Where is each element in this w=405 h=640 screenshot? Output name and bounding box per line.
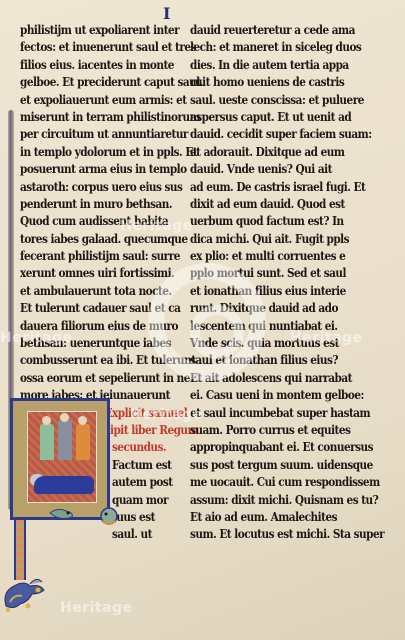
head-icon xyxy=(42,416,51,425)
head-icon xyxy=(78,416,87,425)
text-line: dauid reuerteretur a cede ama xyxy=(190,22,319,39)
text-line: philistijm ut expoliarent inter xyxy=(20,22,145,39)
deathbed-coverlet xyxy=(34,476,94,494)
text-line: aspersus caput. Et ut uenit ad xyxy=(190,109,319,126)
text-line: astaroth: corpus uero eius sus xyxy=(20,179,145,196)
text-line: et ambulauerunt tota nocte. xyxy=(20,283,145,300)
text-line: lech: et maneret in siceleg duos xyxy=(190,39,319,56)
dragon-terminal-icon xyxy=(0,566,48,612)
text-line: filios eius. iacentes in monte xyxy=(20,57,145,74)
text-line: sum. Et locutus est michi. Sta super xyxy=(190,526,319,543)
running-head: I xyxy=(163,4,170,23)
text-line: suam. Porro currus et equites xyxy=(190,422,319,439)
manuscript-page: I philistijm ut expoliarent interfectos:… xyxy=(0,0,405,640)
text-line: dica michi. Qui ait. Fugit ppls xyxy=(190,231,319,248)
text-line: ruit homo ueniens de castris xyxy=(190,74,319,91)
text-line: et saul incumbebat super hastam xyxy=(190,405,319,422)
running-head-letter: I xyxy=(163,4,170,23)
text-line: penderunt in muro bethsan. xyxy=(20,196,145,213)
text-line: fecerant philistijm saul: surre xyxy=(20,248,145,265)
watermark-text: Heritage xyxy=(0,330,73,346)
text-line: posuerunt arma eius in templo xyxy=(20,161,145,178)
text-line: gelboe. Et preciderunt caput saul. xyxy=(20,74,145,91)
text-line: Et tulerunt cadauer saul et ca xyxy=(20,300,145,317)
text-line: per circuitum ut annuntiaretur xyxy=(20,126,145,143)
watermark-logo xyxy=(148,263,266,381)
text-line: fectos: et inuenerunt saul et tres xyxy=(20,39,145,56)
attendant-figure-orange xyxy=(76,424,90,460)
text-line: et adorauit. Dixitque ad eum xyxy=(190,144,319,161)
text-line: saul. ut xyxy=(112,526,158,543)
watermark-text: Heritage xyxy=(290,330,363,346)
historiated-initial xyxy=(10,398,110,520)
text-line: combusserunt ea ibi. Et tulerunt xyxy=(20,352,145,369)
text-line: ei. Casu ueni in montem gelboe: xyxy=(190,387,319,404)
text-line: Et aio ad eum. Amalechites xyxy=(190,509,319,526)
text-line: ad eum. De castris israel fugi. Et xyxy=(190,179,319,196)
text-line: Factum est xyxy=(112,457,158,474)
watermark-text: Heritage xyxy=(130,407,203,423)
watermark-text: Heritage xyxy=(60,600,133,616)
text-line: dies. In die autem tertia appa xyxy=(190,57,319,74)
text-line: ossa eorum et sepelierunt in ne xyxy=(20,370,145,387)
text-line: saul. ueste conscissa: et puluere xyxy=(190,92,319,109)
text-line: dauid. Vnde uenis? Qui ait xyxy=(190,161,319,178)
text-line: in templo ydolorum et in ppls. Et xyxy=(20,144,145,161)
head-icon xyxy=(60,413,69,422)
text-line: dauid. cecidit super faciem suam: xyxy=(190,126,319,143)
text-line: me uocauit. Cui cum respondissem xyxy=(190,474,319,491)
text-line: miserunt in terram philistinorum xyxy=(20,109,145,126)
text-line: uerbum quod factum est? In xyxy=(190,213,319,230)
text-line: secundus. xyxy=(112,439,158,456)
attendant-figure-green xyxy=(40,424,54,460)
initial-scene xyxy=(27,411,97,503)
text-line: sus post tergum suum. uidensque xyxy=(190,457,319,474)
watermark-text: Heritage xyxy=(120,218,193,234)
dragon-head-icon xyxy=(48,505,76,521)
attendant-figure-grey xyxy=(58,420,72,460)
text-line: assum: dixit michi. Quisnam es tu? xyxy=(190,492,319,509)
text-line: xerunt omnes uiri fortissimi. xyxy=(20,265,145,282)
text-line: autem post xyxy=(112,474,158,491)
grotesque-head-icon xyxy=(98,505,120,527)
text-line: et expoliauerunt eum armis: et xyxy=(20,92,145,109)
text-line: dixit ad eum dauid. Quod est xyxy=(190,196,319,213)
text-line: appropinquabant ei. Et conuersus xyxy=(190,439,319,456)
